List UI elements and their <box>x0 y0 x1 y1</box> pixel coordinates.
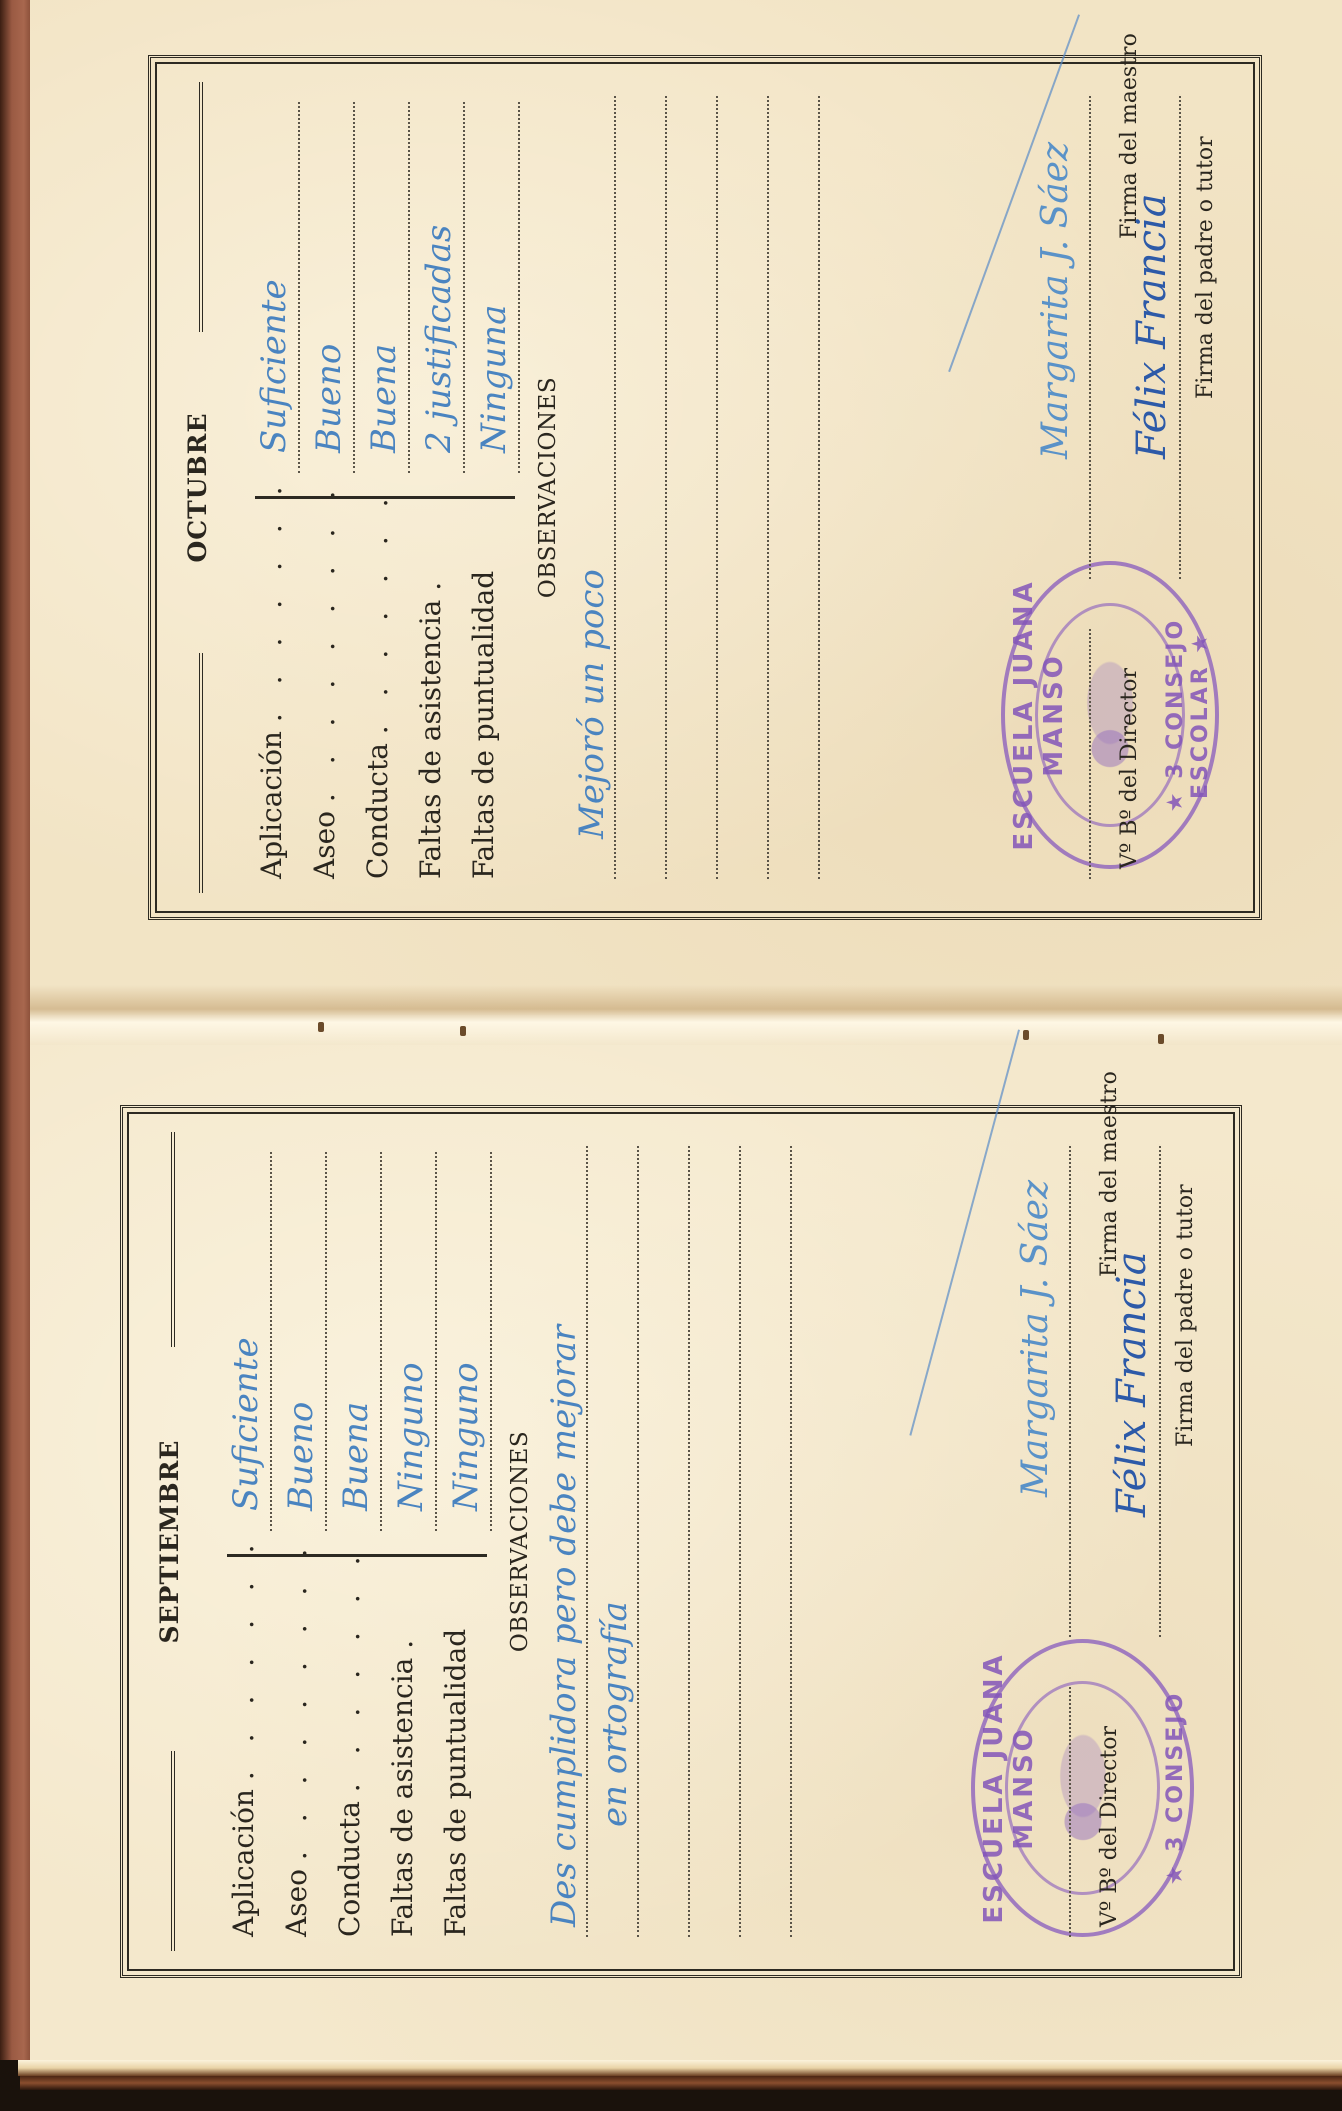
stamp-school-name: ESCUELA JUANA MANSO <box>979 1643 1039 1933</box>
field-label-faltas-asistencia: Faltas de asistencia . <box>404 499 457 879</box>
director-signature-label: Vº Bº del Director <box>1097 1726 1122 1927</box>
field-value-row[interactable]: Buena <box>327 1152 382 1531</box>
stamp-council: ★ 3 CONSEJO ESCOLAR ★ <box>1163 565 1213 865</box>
parent-signature-line[interactable] <box>1179 96 1181 579</box>
stamp-school-name: ESCUELA JUANA MANSO <box>1009 565 1069 865</box>
field-label-aplicacion: Aplicación . . . . . . . <box>217 1557 270 1937</box>
observation-line[interactable] <box>667 96 718 879</box>
stamp-council: ★ 3 CONSEJO <box>1163 1643 1188 1933</box>
observation-text: Mejoró un poco <box>572 569 612 839</box>
parent-signature: Félix Francia <box>1129 193 1175 459</box>
observation-line[interactable] <box>639 1146 690 1937</box>
field-label-conducta: Conducta . . . . . . . <box>323 1557 376 1937</box>
observation-line[interactable] <box>741 1146 792 1937</box>
title-rule-right <box>199 82 203 332</box>
parent-signature-label: Firma del padre o tutor <box>1173 1184 1198 1447</box>
binding-staple <box>1158 1034 1164 1044</box>
book-gutter <box>30 985 1342 1045</box>
signature-area: ESCUELA JUANA MANSO ★ 3 CONSEJO ESCOLAR … <box>1061 96 1231 879</box>
observation-line[interactable] <box>718 96 769 879</box>
field-values: Suficiente Bueno Buena Ninguno Ninguno <box>217 1152 492 1531</box>
handwritten-faltas-asistencia: 2 justificadas <box>419 225 459 453</box>
field-value-row[interactable]: Suficiente <box>245 102 300 473</box>
report-panel: SEPTIEMBRE Aplicación . . . . . . . Aseo… <box>120 1105 1242 1978</box>
teacher-signature: Margarita J. Sáez <box>1035 142 1076 459</box>
handwritten-aseo: Bueno <box>309 344 349 453</box>
director-signature-label: Vº Bº del Director <box>1117 668 1142 869</box>
field-label-aseo: Aseo . . . . . . . . . <box>298 499 351 879</box>
school-stamp: ESCUELA JUANA MANSO ★ 3 CONSEJO <box>971 1639 1194 1937</box>
field-label-conducta: Conducta . . . . . . . <box>351 499 404 879</box>
teacher-signature-line[interactable] <box>1069 1146 1071 1637</box>
director-signature-line[interactable] <box>1069 1687 1071 1937</box>
field-value-row[interactable]: Buena <box>355 102 410 473</box>
field-value-row[interactable]: 2 justificadas <box>410 102 465 473</box>
handwritten-aplicacion: Suficiente <box>226 1337 266 1511</box>
signature-area: ESCUELA JUANA MANSO ★ 3 CONSEJO Vº Bº de… <box>1041 1146 1211 1937</box>
observation-text: en ortografía <box>595 1601 635 1827</box>
observations-title: OBSERVACIONES <box>507 1122 533 1961</box>
field-label-faltas-puntualidad: Faltas de puntualidad <box>457 499 510 879</box>
parent-signature-line[interactable] <box>1159 1146 1161 1637</box>
month-title: OCTUBRE <box>183 72 212 903</box>
field-divider <box>255 496 515 499</box>
observation-line[interactable] <box>769 96 820 879</box>
teacher-signature: Margarita J. Sáez <box>1015 1180 1056 1497</box>
binding-staple <box>1023 1030 1029 1040</box>
field-values: Suficiente Bueno Buena 2 justificadas Ni… <box>245 102 520 473</box>
handwritten-conducta: Buena <box>336 1402 376 1511</box>
field-label-faltas-asistencia: Faltas de asistencia . <box>376 1557 429 1937</box>
observations-title: OBSERVACIONES <box>535 72 561 903</box>
field-value-row[interactable]: Ninguna <box>465 102 520 473</box>
book-cover-edge <box>0 0 34 2060</box>
field-value-row[interactable]: Suficiente <box>217 1152 272 1531</box>
book-cover-bottom <box>20 2076 1342 2090</box>
binding-staple <box>318 1022 324 1032</box>
field-value-row[interactable]: Ninguno <box>437 1152 492 1531</box>
observation-text: Des cumplidora pero debe mejorar <box>544 1325 584 1927</box>
observation-line[interactable]: en ortografía <box>588 1146 639 1937</box>
handwritten-aseo: Bueno <box>281 1402 321 1511</box>
field-label-faltas-puntualidad: Faltas de puntualidad <box>429 1557 482 1937</box>
director-signature-line[interactable] <box>1089 629 1091 879</box>
parent-signature: Félix Francia <box>1109 1251 1155 1517</box>
observations-lines: Des cumplidora pero debe mejorar en orto… <box>537 1146 792 1937</box>
parent-signature-label: Firma del padre o tutor <box>1193 136 1218 399</box>
handwritten-conducta: Buena <box>364 344 404 453</box>
field-divider <box>227 1554 487 1557</box>
month-title: SEPTIEMBRE <box>155 1122 184 1961</box>
field-labels: Aplicación . . . . . . . Aseo . . . . . … <box>245 499 510 879</box>
field-label-aplicacion: Aplicación . . . . . . . <box>245 499 298 879</box>
title-rule-right <box>171 1132 175 1347</box>
field-labels: Aplicación . . . . . . . Aseo . . . . . … <box>217 1557 482 1937</box>
handwritten-faltas-puntualidad: Ninguno <box>446 1362 486 1511</box>
handwritten-faltas-puntualidad: Ninguna <box>474 305 514 453</box>
handwritten-aplicacion: Suficiente <box>254 279 294 453</box>
field-label-aseo: Aseo . . . . . . . . . <box>270 1557 323 1937</box>
page-stack-edge <box>18 2060 1342 2076</box>
observation-line[interactable] <box>616 96 667 879</box>
observation-line[interactable]: Des cumplidora pero debe mejorar <box>537 1146 588 1937</box>
binding-staple <box>460 1026 466 1036</box>
field-value-row[interactable]: Bueno <box>272 1152 327 1531</box>
teacher-signature-label: Firma del maestro <box>1097 1071 1122 1277</box>
school-stamp: ESCUELA JUANA MANSO ★ 3 CONSEJO ESCOLAR … <box>1001 561 1219 869</box>
field-value-row[interactable]: Ninguno <box>382 1152 437 1531</box>
teacher-signature-line[interactable] <box>1089 96 1091 579</box>
handwritten-faltas-asistencia: Ninguno <box>391 1362 431 1511</box>
report-panel: OCTUBRE Aplicación . . . . . . . Aseo . … <box>148 55 1262 920</box>
observation-line[interactable] <box>690 1146 741 1937</box>
observations-lines: Mejoró un poco <box>565 96 820 879</box>
observation-line[interactable]: Mejoró un poco <box>565 96 616 879</box>
field-value-row[interactable]: Bueno <box>300 102 355 473</box>
